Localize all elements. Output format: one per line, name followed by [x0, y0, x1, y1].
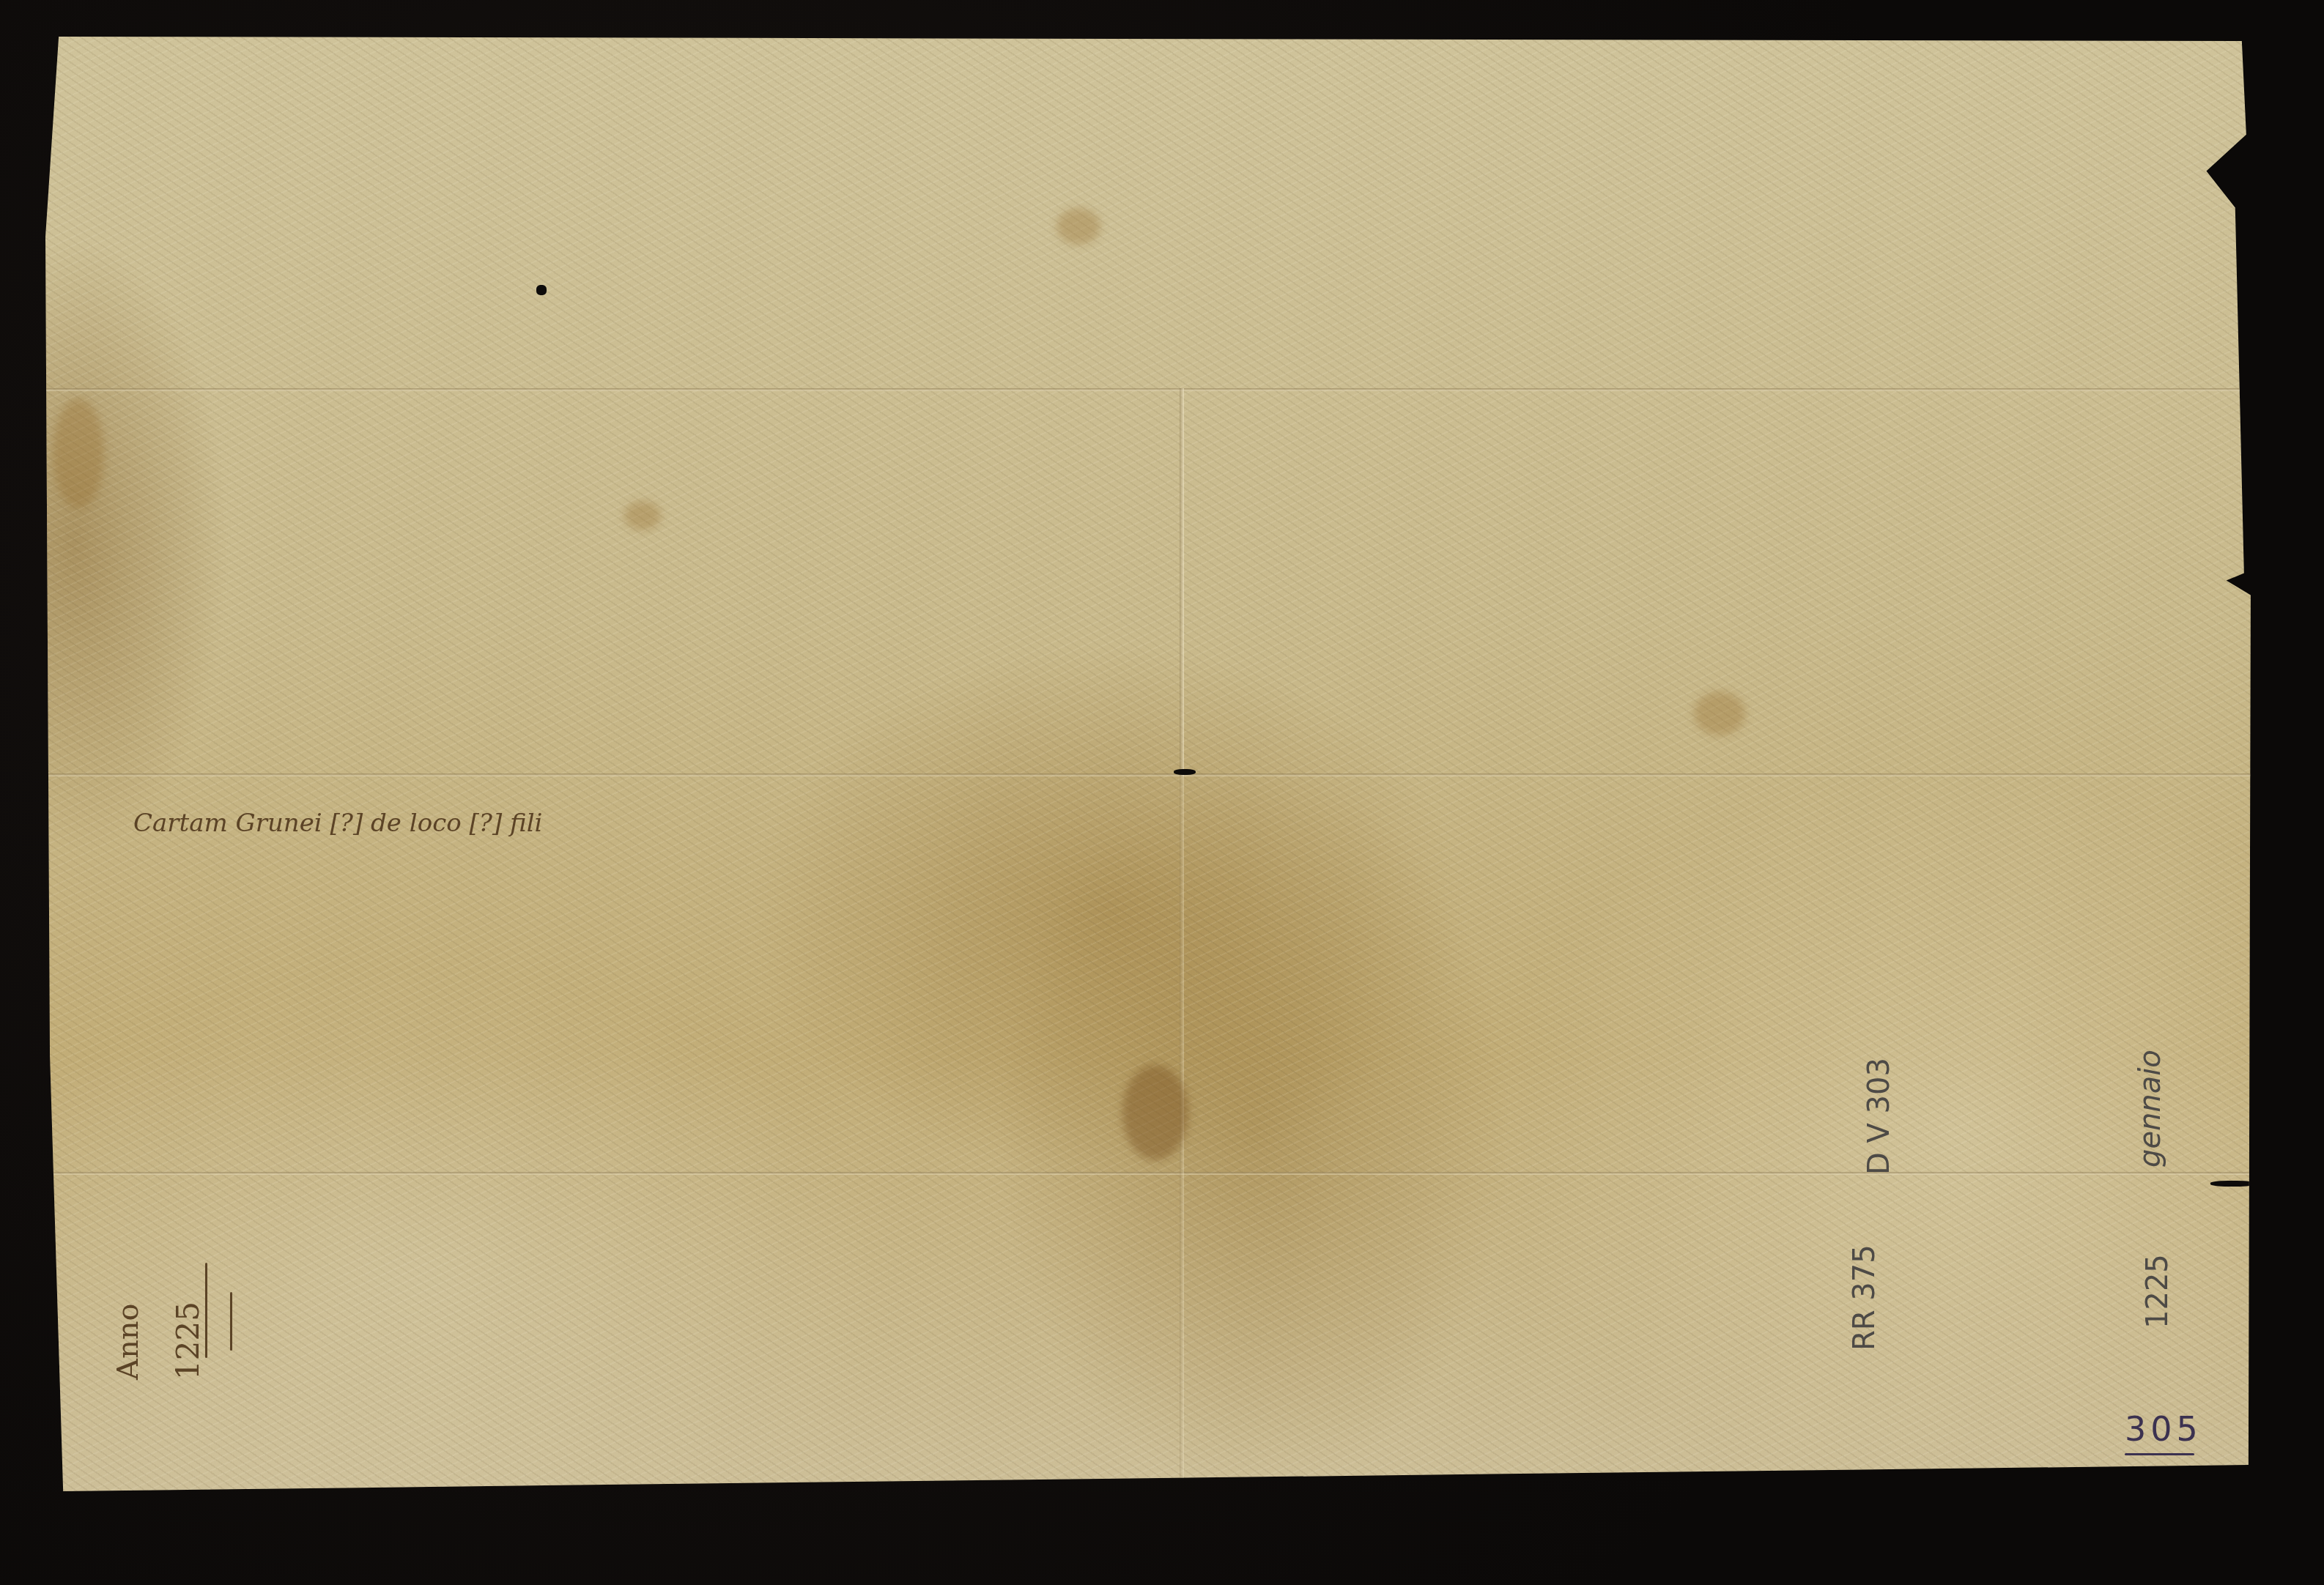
parchment-sheet: Cartam Grunei [?] de loco [?] fili Anno … [45, 32, 2260, 1494]
year-label-word: Anno [111, 1304, 145, 1381]
slit-hole [1174, 769, 1196, 775]
shelfmark-1: D V 303 [1862, 1058, 1896, 1175]
year-label-number: 1225 [170, 1302, 206, 1380]
shelfmark-2: RR 375 [1848, 1244, 1881, 1351]
ink-spot [536, 285, 547, 295]
horizontal-fold-line [45, 773, 2260, 776]
stain [1694, 691, 1745, 735]
underline-mark [205, 1263, 207, 1358]
stain [624, 501, 661, 530]
stain [1122, 1065, 1188, 1160]
horizontal-fold-line [45, 388, 2260, 391]
parchment-texture [45, 32, 2260, 1494]
edge-tear [2210, 1181, 2254, 1187]
date-note-month: gennaio [2134, 1050, 2167, 1168]
medieval-endorsement: Cartam Grunei [?] de loco [?] fili [133, 809, 542, 838]
stain [53, 398, 104, 508]
catalog-number-underline [2125, 1453, 2194, 1455]
date-note-year: 1225 [2141, 1254, 2175, 1329]
horizontal-fold-line [45, 1172, 2260, 1175]
catalog-number: 305 [2125, 1409, 2202, 1449]
underline-mark [230, 1292, 232, 1351]
stain [1056, 208, 1100, 245]
vertical-fold-line [1180, 388, 1184, 776]
